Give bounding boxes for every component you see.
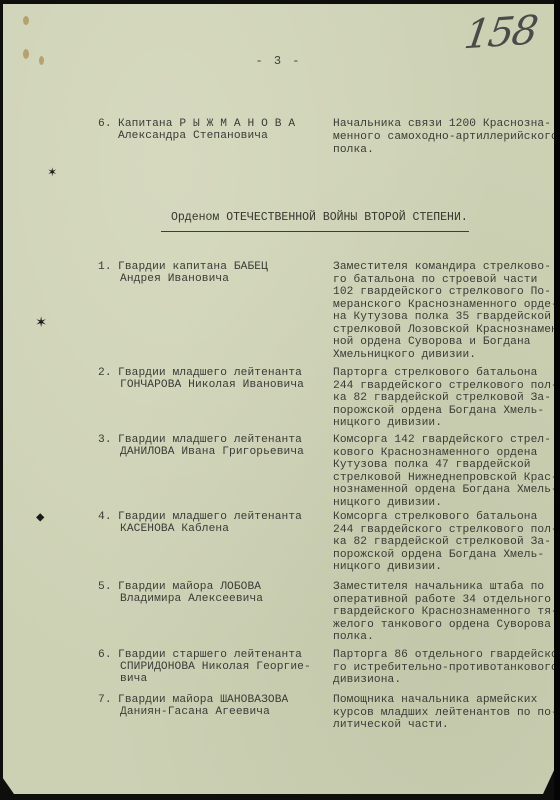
punch-hole-mark: ✶ xyxy=(48,166,56,180)
entry-position-line: меранского Краснознаменного орде- xyxy=(333,299,558,312)
entry-number: 7. xyxy=(98,694,112,707)
entry-position-line: Комсорга стрелкового батальона xyxy=(333,511,537,524)
entry-position-line: полка. xyxy=(333,144,374,157)
entry-position-line: гвардейского Краснознаменного тя- xyxy=(333,606,558,619)
entry-position-line: го истребительно-противотанкового xyxy=(333,662,558,675)
entry-position-line: на Кутузова полка 35 гвардейской xyxy=(333,311,551,324)
entry-name-line: Александра Степановича xyxy=(118,130,268,143)
entry-position-line: порожской ордена Богдана Хмель- xyxy=(333,405,544,418)
page-number: - 3 - xyxy=(3,54,554,68)
entry-number: 2. xyxy=(98,367,112,380)
entry-number: 5. xyxy=(98,581,112,594)
archive-page-number: 158 xyxy=(461,8,539,59)
entry-name-line: Владимира Алексеевича xyxy=(120,593,263,606)
entry-position-line: ницкого дивизии. xyxy=(333,497,442,510)
entry-number: 3. xyxy=(98,434,112,447)
entry-name-line: СПИРИДОНОВА Николая Георгие- xyxy=(120,661,311,674)
entry-position-line: литической части. xyxy=(333,719,449,732)
entry-name-line: вича xyxy=(120,673,147,686)
entry-position-line: ка 82 гвардейской стрелковой За- xyxy=(333,536,551,549)
entry-position-line: нознаменной ордена Богдана Хмель- xyxy=(333,484,558,497)
entry-position-line: го батальона по строевой части xyxy=(333,274,537,287)
entry-position-line: 244 гвардейского стрелкового пол- xyxy=(333,380,558,393)
entry-position-line: стрелковой Лозовской Краснознамен xyxy=(333,324,558,337)
entry-position-line: дивизиона. xyxy=(333,674,401,687)
entry-position-line: Заместителя начальника штаба по xyxy=(333,581,544,594)
entry-position-line: Заместителя командира стрелково- xyxy=(333,261,551,274)
entry-position-line: Помощника начальника армейских xyxy=(333,694,537,707)
entry-number: 1. xyxy=(98,261,112,274)
scan-edge xyxy=(554,0,560,800)
heading-underline xyxy=(161,231,469,232)
entry-position-line: менного самоходно-артиллерийского xyxy=(333,131,558,144)
entry-number: 4. xyxy=(98,511,112,524)
punch-hole-mark: ✶ xyxy=(36,317,46,331)
entry-position-line: Парторга 86 отдельного гвардейско xyxy=(333,649,558,662)
entry-position-line: Комсорга 142 гвардейского стрел- xyxy=(333,434,551,447)
entry-position-line: ка 82 гвардейской стрелковой За- xyxy=(333,392,551,405)
entry-position-line: Хмельницкого дивизии. xyxy=(333,349,476,362)
entry-position-line: Кутузова полка 47 гвардейской xyxy=(333,459,531,472)
entry-name-line: ДАНИЛОВА Ивана Григорьевича xyxy=(120,446,304,459)
entry-position-line: оперативной работе 34 отдельного xyxy=(333,594,551,607)
entry-position-line: ной ордена Суворова и Богдана xyxy=(333,336,531,349)
entry-position-line: курсов младших лейтенантов по по- xyxy=(333,707,558,720)
entry-position-line: Парторга стрелкового батальона xyxy=(333,367,537,380)
entry-position-line: 102 гвардейского стрелкового По- xyxy=(333,286,551,299)
entry-name-line: ГОНЧАРОВА Николая Ивановича xyxy=(120,379,304,392)
document-page: ✶ ✶ ◆ 158 - 3 - 6. Капитана Р Ы Ж М А Н … xyxy=(3,4,554,794)
entry-number: 6. xyxy=(98,649,112,662)
entry-position-line: желого танкового ордена Суворова xyxy=(333,619,551,632)
entry-position-line: ницкого дивизии. xyxy=(333,417,442,430)
entry-name-line: Даниян-Гасана Агеевича xyxy=(120,706,270,719)
entry-position-line: кового Краснознаменного ордена xyxy=(333,447,537,460)
entry-position-line: стрелковой Нижнеднепровской Крас- xyxy=(333,472,558,485)
section-heading: Орденом ОТЕЧЕСТВЕННОЙ ВОЙНЫ ВТОРОЙ СТЕПЕ… xyxy=(171,211,468,224)
entry-name-line: Андрея Ивановича xyxy=(120,273,229,286)
entry-position-line: полка. xyxy=(333,631,374,644)
entry-position-line: 244 гвардейского стрелкового пол- xyxy=(333,524,558,537)
entry-name-line: КАСЕНОВА Каблена xyxy=(120,523,229,536)
entry-position-line: ницкого дивизии. xyxy=(333,561,442,574)
entry-position-line: Начальника связи 1200 Краснозна- xyxy=(333,118,551,131)
punch-hole-mark: ◆ xyxy=(36,511,44,525)
rust-stain xyxy=(23,16,29,25)
entry-position-line: порожской ордена Богдана Хмель- xyxy=(333,549,544,562)
entry-number: 6. xyxy=(98,118,112,131)
